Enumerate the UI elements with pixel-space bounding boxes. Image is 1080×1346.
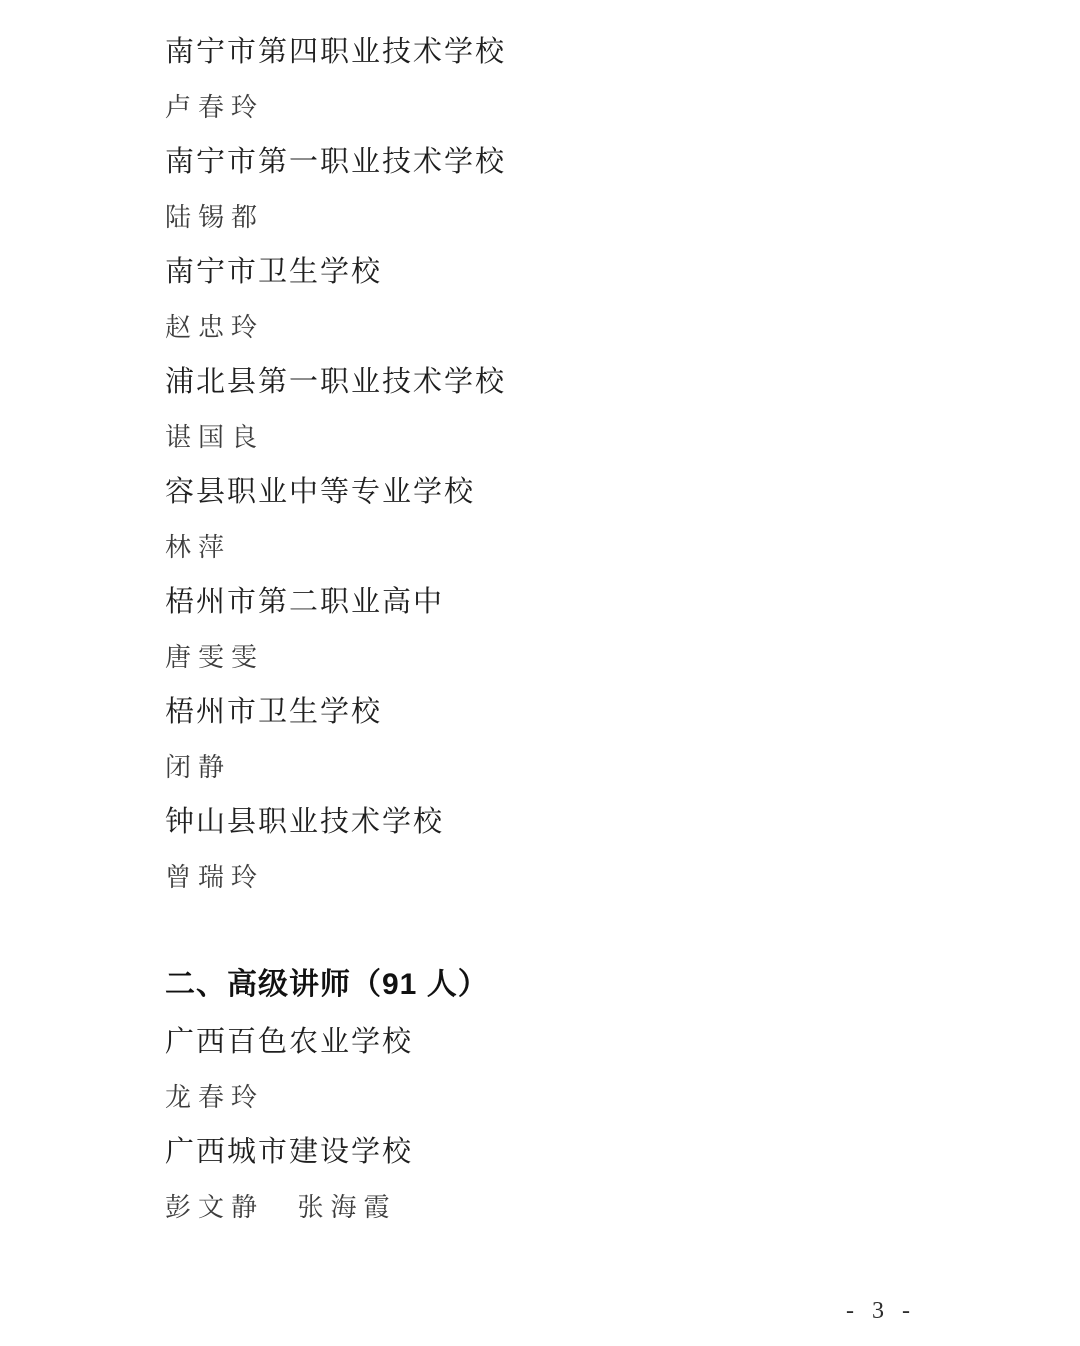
school-name: 钟山县职业技术学校 (165, 795, 506, 850)
school-name: 浦北县第一职业技术学校 (165, 355, 506, 410)
teacher-name: 张海霞 (298, 1193, 397, 1222)
school-name: 梧州市卫生学校 (165, 685, 506, 740)
school-name: 南宁市第一职业技术学校 (165, 135, 506, 190)
teacher-name: 彭文静 (165, 1193, 264, 1222)
school-name: 南宁市第四职业技术学校 (165, 25, 506, 80)
school-name: 广西城市建设学校 (165, 1125, 506, 1180)
teacher-name: 林萍 (165, 520, 506, 575)
school-name: 广西百色农业学校 (165, 1015, 506, 1070)
roster-list: 南宁市第四职业技术学校 卢春玲 南宁市第一职业技术学校 陆锡都 南宁市卫生学校 … (165, 25, 506, 1235)
page-number: - 3 - (846, 1294, 916, 1328)
teacher-name: 曾瑞玲 (165, 850, 506, 905)
teacher-name: 陆锡都 (165, 190, 506, 245)
teacher-name: 唐雯雯 (165, 630, 506, 685)
school-name: 南宁市卫生学校 (165, 245, 506, 300)
teacher-name: 赵忠玲 (165, 300, 506, 355)
teacher-name-pair: 彭文静 张海霞 (165, 1180, 506, 1235)
section-heading: 二、高级讲师（91 人） (165, 955, 506, 1015)
teacher-name: 谌国良 (165, 410, 506, 465)
school-name: 容县职业中等专业学校 (165, 465, 506, 520)
teacher-name: 龙春玲 (165, 1070, 506, 1125)
teacher-name: 卢春玲 (165, 80, 506, 135)
school-name: 梧州市第二职业高中 (165, 575, 506, 630)
teacher-name: 闭静 (165, 740, 506, 795)
